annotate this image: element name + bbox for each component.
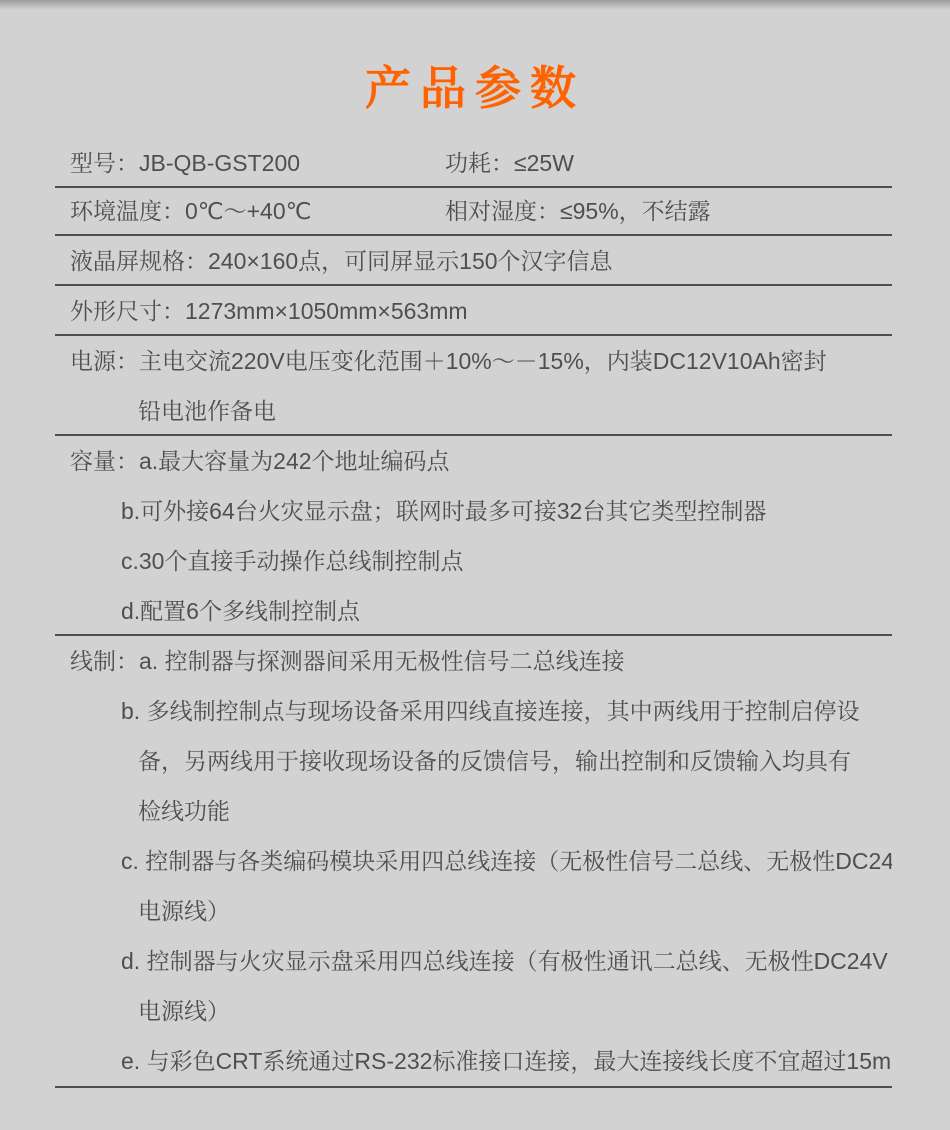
spec-line: 检线功能: [55, 786, 892, 836]
spec-line: c. 控制器与各类编码模块采用四总线连接（无极性信号二总线、无极性DC24V: [55, 836, 892, 886]
spec-line: 液晶屏规格：240×160点，可同屏显示150个汉字信息: [55, 236, 892, 286]
spec-line: 备，另两线用于接收现场设备的反馈信号，输出控制和反馈输入均具有: [55, 736, 892, 786]
spec-row: 线制：a. 控制器与探测器间采用无极性信号二总线连接b. 多线制控制点与现场设备…: [55, 636, 892, 1088]
spec-line: b.可外接64台火灾显示盘；联网时最多可接32台其它类型控制器: [55, 486, 892, 536]
spec-row: 外形尺寸：1273mm×1050mm×563mm: [55, 286, 892, 336]
spec-line: 铅电池作备电: [55, 386, 892, 436]
spec-line: e. 与彩色CRT系统通过RS-232标准接口连接，最大连接线长度不宜超过15m: [55, 1036, 892, 1086]
spec-line: 外形尺寸：1273mm×1050mm×563mm: [55, 286, 892, 336]
page-title: 产品参数: [0, 52, 950, 118]
spec-row: 容量：a.最大容量为242个地址编码点b.可外接64台火灾显示盘；联网时最多可接…: [55, 436, 892, 636]
spec-row: 环境温度：0℃～+40℃相对湿度：≤95%，不结露: [55, 188, 892, 236]
spec-line: 电源线）: [55, 986, 892, 1036]
spec-row: 液晶屏规格：240×160点，可同屏显示150个汉字信息: [55, 236, 892, 286]
spec-line: b. 多线制控制点与现场设备采用四线直接连接，其中两线用于控制启停设: [55, 686, 892, 736]
spec-table: 型号：JB-QB-GST200功耗：≤25W环境温度：0℃～+40℃相对湿度：≤…: [55, 140, 892, 1088]
top-shadow-strip: [0, 0, 950, 10]
spec-line: 容量：a.最大容量为242个地址编码点: [55, 436, 892, 486]
spec-cell: 型号：JB-QB-GST200: [55, 140, 445, 186]
spec-line: d.配置6个多线制控制点: [55, 586, 892, 636]
spec-row: 型号：JB-QB-GST200功耗：≤25W: [55, 140, 892, 188]
spec-line: 电源：主电交流220V电压变化范围＋10%～－15%，内装DC12V10Ah密封: [55, 336, 892, 386]
spec-cell: 环境温度：0℃～+40℃: [55, 188, 445, 234]
spec-row: 电源：主电交流220V电压变化范围＋10%～－15%，内装DC12V10Ah密封…: [55, 336, 892, 436]
spec-line: c.30个直接手动操作总线制控制点: [55, 536, 892, 586]
spec-cell: 功耗：≤25W: [445, 140, 892, 186]
spec-line: 电源线）: [55, 886, 892, 936]
spec-line: 线制：a. 控制器与探测器间采用无极性信号二总线连接: [55, 636, 892, 686]
spec-cell: 相对湿度：≤95%，不结露: [445, 188, 892, 234]
spec-line: d. 控制器与火灾显示盘采用四总线连接（有极性通讯二总线、无极性DC24V: [55, 936, 892, 986]
